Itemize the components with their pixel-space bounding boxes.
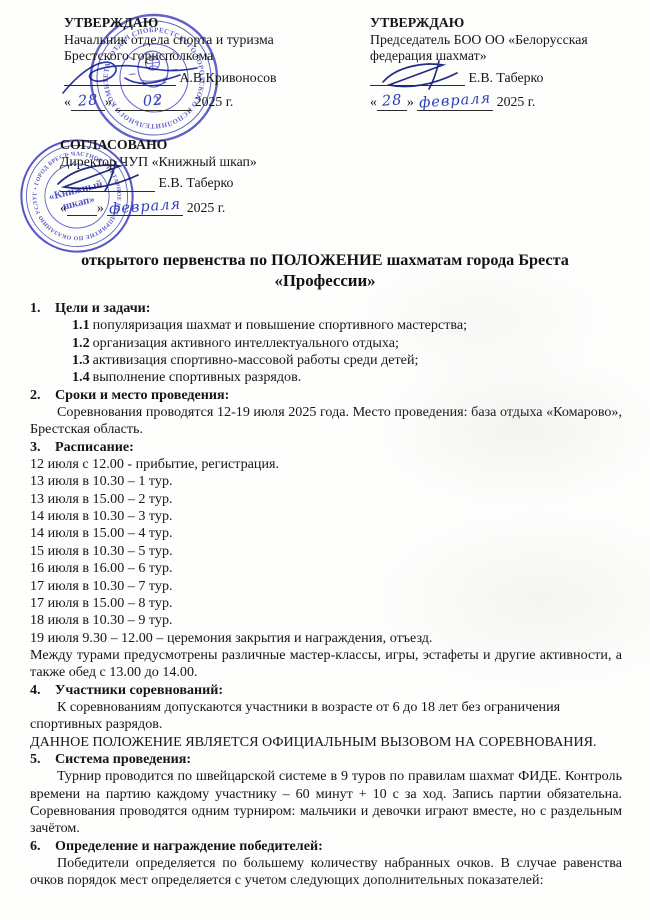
- section-title: Определение и награждение победителей:: [55, 838, 323, 855]
- section-number: 1.: [30, 300, 55, 317]
- paragraph-participants: К соревнованиям допускаются участники в …: [30, 699, 622, 734]
- section-title: Сроки и место проведения:: [55, 387, 229, 404]
- document-title: открытого первенства по ПОЛОЖЕНИЕ шахмат…: [0, 251, 650, 290]
- schedule-line: 13 июля в 10.30 – 1 тур.: [30, 473, 622, 490]
- schedule-line: 19 июля 9.30 – 12.00 – церемония закрыти…: [30, 630, 622, 647]
- agreed-year: 2025 г.: [187, 200, 226, 215]
- paragraph-dates: Соревнования проводятся 12-19 июля 2025 …: [30, 404, 622, 439]
- schedule-line: 18 июля в 10.30 – 9 тур.: [30, 612, 622, 629]
- schedule-line: 14 июля в 15.00 – 4 тур.: [30, 525, 622, 542]
- section-number: 6.: [30, 838, 55, 855]
- list-item: 1.1популяризация шахмат и повышение спор…: [30, 317, 622, 334]
- section-number: 3.: [30, 439, 55, 456]
- document-title-line1: открытого первенства по ПОЛОЖЕНИЕ шахмат…: [0, 251, 650, 270]
- schedule-line: 15 июля в 10.30 – 5 тур.: [30, 543, 622, 560]
- schedule-line: 13 июля в 15.00 – 2 тур.: [30, 491, 622, 508]
- approve-right-heading: УТВЕРЖДАЮ: [370, 15, 638, 32]
- paragraph-system: Турнир проводится по швейцарской системе…: [30, 768, 622, 837]
- approve-right-org-line2: федерация шахмат»: [370, 48, 638, 65]
- signature-underline: [370, 85, 465, 86]
- schedule-line: 17 июля в 10.30 – 7 тур.: [30, 578, 622, 595]
- schedule-line: 14 июля в 10.30 – 3 тур.: [30, 508, 622, 525]
- approve-left-heading: УТВЕРЖДАЮ: [64, 15, 320, 32]
- handwritten-month: февраля: [109, 196, 182, 218]
- section-title: Цели и задачи:: [55, 300, 151, 317]
- section-heading-participants: 4. Участники соревнований:: [30, 682, 622, 699]
- agreed-name: Е.В. Таберко: [158, 175, 233, 190]
- handwritten-day: 28: [381, 93, 403, 111]
- approve-right-year: 2025 г.: [497, 94, 536, 109]
- approve-right-signature-line: Е.В. Таберко: [370, 70, 638, 87]
- paragraph-official-call: ДАННОЕ ПОЛОЖЕНИЕ ЯВЛЯЕТСЯ ОФИЦИАЛЬНЫМ ВЫ…: [30, 734, 622, 751]
- section-heading-schedule: 3. Расписание:: [30, 439, 622, 456]
- list-item: 1.4выполнение спортивных разрядов.: [30, 369, 622, 386]
- item-text: активизация спортивно-массовой работы ср…: [93, 352, 419, 368]
- agreed-heading: СОГЛАСОВАНО: [60, 137, 350, 154]
- section-heading-goals: 1. Цели и задачи:: [30, 300, 622, 317]
- approve-left-year: 2025 г.: [195, 94, 234, 109]
- approve-right-org-line1: Председатель БОО ОО «Белорусская: [370, 32, 638, 49]
- schedule-line: 12 июля с 12.00 - прибытие, регистрация.: [30, 456, 622, 473]
- item-text: популяризация шахмат и повышение спортив…: [93, 317, 467, 333]
- section-heading-system: 5. Система проведения:: [30, 751, 622, 768]
- section-number: 4.: [30, 682, 55, 699]
- paragraph-winners: Победители определяется по большему коли…: [30, 855, 622, 890]
- section-number: 5.: [30, 751, 55, 768]
- document-title-line2: «Профессии»: [0, 271, 650, 290]
- schedule-line: 16 июля в 16.00 – 6 тур.: [30, 560, 622, 577]
- agreed-date-line: «» февраля 2025 г.: [60, 199, 350, 217]
- agreed-org-line1: Директор ЧУП «Книжный шкап»: [60, 154, 350, 171]
- signature-underline: [64, 85, 176, 86]
- paragraph-schedule-note: Между турами предусмотрены различные мас…: [30, 647, 622, 682]
- approve-left-org-line2: Брестского горисполкома: [64, 48, 320, 65]
- approve-right-name: Е.В. Таберко: [468, 70, 543, 85]
- approval-block-right: УТВЕРЖДАЮ Председатель БОО ОО «Белорусск…: [370, 15, 638, 111]
- agreed-block: СОГЛАСОВАНО Директор ЧУП «Книжный шкап» …: [60, 137, 350, 216]
- item-number: 1.3: [72, 352, 90, 368]
- item-number: 1.2: [72, 335, 90, 351]
- section-heading-winners: 6. Определение и награждение победителей…: [30, 838, 622, 855]
- list-item: 1.2организация активного интеллектуально…: [30, 335, 622, 352]
- item-number: 1.1: [72, 317, 90, 333]
- handwritten-day: 28: [77, 93, 99, 111]
- schedule-line: 17 июля в 15.00 – 8 тур.: [30, 595, 622, 612]
- document-body: 1. Цели и задачи: 1.1популяризация шахма…: [30, 300, 622, 890]
- handwritten-month: 02: [142, 93, 164, 111]
- section-heading-dates: 2. Сроки и место проведения:: [30, 387, 622, 404]
- approve-left-signature-line: А.В.Кривоносов: [64, 70, 320, 87]
- list-item: 1.3активизация спортивно-массовой работы…: [30, 352, 622, 369]
- approve-left-org-line1: Начальник отдела спорта и туризма: [64, 32, 320, 49]
- approve-right-date-line: «28» февраля 2025 г.: [370, 93, 638, 111]
- handwritten-month: февраля: [419, 91, 492, 113]
- section-title: Участники соревнований:: [55, 682, 223, 699]
- approve-left-name: А.В.Кривоносов: [179, 70, 276, 85]
- section-number: 2.: [30, 387, 55, 404]
- item-text: выполнение спортивных разрядов.: [93, 369, 302, 385]
- item-text: организация активного интеллектуального …: [93, 335, 399, 351]
- approval-block-left: УТВЕРЖДАЮ Начальник отдела спорта и тури…: [64, 15, 320, 111]
- section-title: Расписание:: [55, 439, 134, 456]
- approve-left-date-line: «28» 02 2025 г.: [64, 93, 320, 111]
- section-title: Система проведения:: [55, 751, 191, 768]
- agreed-signature-line: Е.В. Таберко: [60, 175, 350, 192]
- item-number: 1.4: [72, 369, 90, 385]
- signature-underline: [60, 191, 155, 192]
